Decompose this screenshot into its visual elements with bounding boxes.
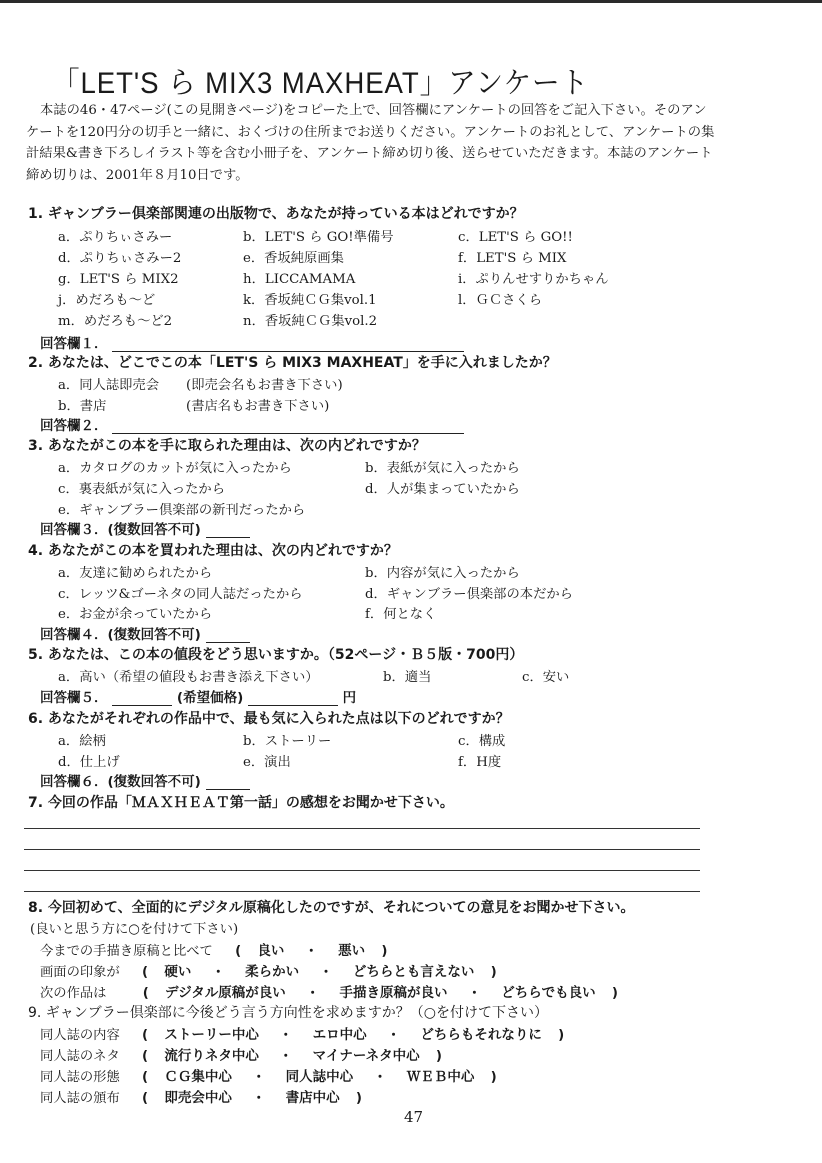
question-8: 8. 今回初めて、全面的にデジタル原稿化したのですが、それについての意見をお聞か… xyxy=(28,897,635,917)
q9-row-4: 同人誌の頒布 ( 即売会中心 ・ 書店中心 ) xyxy=(40,1086,362,1106)
q8-row-1-choice-1[interactable]: 良い xyxy=(257,943,284,959)
answer-1-field[interactable] xyxy=(112,339,464,352)
q5-option-a: a．高い（希望の値段もお書き添え下さい） xyxy=(58,666,319,685)
q1-option-k: k．香坂純ＣＧ集vol.1 xyxy=(243,289,377,308)
q3-option-c: c．裏表紙が気に入ったから xyxy=(58,478,225,497)
page-title: 「LET'S ら MIX3 MAXHEAT」アンケート xyxy=(52,58,589,102)
q6-option-c: c．構成 xyxy=(458,730,505,749)
q9-row-4-choice-2[interactable]: 書店中心 xyxy=(286,1090,340,1106)
q7-answer-line-2[interactable] xyxy=(24,849,700,850)
q8-row-3-choice-1[interactable]: デジタル原稿が良い xyxy=(165,985,286,1001)
question-6: 6. あなたがそれぞれの作品中で、最も気に入られた点は以下のどれですか？ xyxy=(28,708,510,728)
q1-option-j: j．めだろも～ど xyxy=(58,289,155,308)
answer-5-choice-field[interactable] xyxy=(112,693,172,706)
answer-5-price-field[interactable] xyxy=(248,693,338,706)
q3-option-a: a．カタログのカットが気に入ったから xyxy=(58,457,292,476)
q1-option-i: i．ぷりんせすりかちゃん xyxy=(458,268,609,287)
q3-option-b: b．表紙が気に入ったから xyxy=(365,457,520,476)
q1-option-a: a．ぷりちぃさみー xyxy=(58,226,172,245)
q9-row-3: 同人誌の形態 ( ＣＧ集中心 ・ 同人誌中心 ・ ＷＥＢ中心 ) xyxy=(40,1065,497,1085)
q4-option-d: d．ギャンブラー倶楽部の本だから xyxy=(365,583,573,602)
answer-1-label: 回答欄１． xyxy=(40,336,108,352)
q8-row-1-choice-2[interactable]: 悪い xyxy=(338,943,365,959)
q7-answer-line-1[interactable] xyxy=(24,828,700,829)
q2-option-b: b．書店 xyxy=(58,395,106,414)
answer-3-field[interactable] xyxy=(206,525,250,538)
q9-row-1-choice-3[interactable]: どちらもそれなりに xyxy=(420,1027,542,1043)
answer-5: 回答欄５． (希望価格) 円 xyxy=(40,686,356,706)
q8-row-2-choice-3[interactable]: どちらとも言えない xyxy=(353,964,475,980)
answer-6: 回答欄６．(復数回答不可) xyxy=(40,770,250,790)
q6-option-e: e．演出 xyxy=(243,751,291,770)
answer-3-label: 回答欄３．(復数回答不可) xyxy=(40,522,201,538)
q8-row-2: 画面の印象が ( 硬い ・ 柔らかい ・ どちらとも言えない ) xyxy=(40,960,497,980)
q1-option-c: c．LET'S ら GO!! xyxy=(458,226,573,245)
q7-answer-line-3[interactable] xyxy=(24,870,700,871)
q9-row-2-choice-1[interactable]: 流行りネタ中心 xyxy=(164,1048,259,1064)
top-border xyxy=(0,0,822,3)
q4-option-c: c．レッツ&ゴーネタの同人誌だったから xyxy=(58,583,303,602)
answer-2-field[interactable] xyxy=(112,421,464,434)
q9-row-1: 同人誌の内容 ( ストーリー中心 ・ エロ中心 ・ どちらもそれなりに ) xyxy=(40,1023,564,1043)
q8-row-3-choice-2[interactable]: 手描き原稿が良い xyxy=(340,985,448,1001)
q8-row-1-label: 今までの手描き原稿と比べて xyxy=(40,944,213,959)
q5-option-b: b．適当 xyxy=(383,666,431,685)
q6-option-a: a．絵柄 xyxy=(58,730,106,749)
q2-option-a: a．同人誌即売会 xyxy=(58,374,159,393)
q9-row-1-label: 同人誌の内容 xyxy=(40,1028,120,1043)
q7-answer-line-4[interactable] xyxy=(24,891,700,892)
q1-option-g: g．LET'S ら MIX2 xyxy=(58,268,179,287)
q9-row-3-choice-3[interactable]: ＷＥＢ中心 xyxy=(407,1069,475,1085)
question-5: 5. あなたは、この本の値段をどう思いますか。（52ページ・Ｂ５版・700円） xyxy=(28,644,523,664)
q8-row-1: 今までの手描き原稿と比べて ( 良い ・ 悪い ) xyxy=(40,939,387,959)
q9-row-1-choice-1[interactable]: ストーリー中心 xyxy=(164,1027,259,1043)
q8-row-3-choice-3[interactable]: どちらでも良い xyxy=(501,985,595,1001)
question-3: 3. あなたがこの本を手に取られた理由は、次の内どれですか？ xyxy=(28,435,426,455)
q3-option-e: e．ギャンブラー倶楽部の新刊だったから xyxy=(58,499,305,518)
answer-1: 回答欄１． xyxy=(40,332,464,352)
answer-4-field[interactable] xyxy=(206,630,250,643)
q9-row-4-label: 同人誌の頒布 xyxy=(40,1091,120,1106)
q1-option-n: n．香坂純ＣＧ集vol.2 xyxy=(243,310,377,329)
q9-row-1-choice-2[interactable]: エロ中心 xyxy=(313,1027,367,1043)
q1-option-f: f．LET'S ら MIX xyxy=(458,247,566,266)
q1-option-m: m．めだろも～ど2 xyxy=(58,310,172,329)
q1-option-d: d．ぷりちぃさみー2 xyxy=(58,247,181,266)
q4-option-f: f．何となく xyxy=(365,603,436,622)
q9-row-2-choice-2[interactable]: マイナーネタ中心 xyxy=(313,1048,420,1064)
q6-option-b: b．ストーリー xyxy=(243,730,331,749)
q8-row-3-label: 次の作品は xyxy=(40,986,106,1001)
q9-row-2-label: 同人誌のネタ xyxy=(40,1049,120,1064)
q8-row-3: 次の作品は ( デジタル原稿が良い ・ 手描き原稿が良い ・ どちらでも良い ) xyxy=(40,981,618,1001)
q4-option-b: b．内容が気に入ったから xyxy=(365,562,520,581)
answer-5-price-label: (希望価格) xyxy=(177,690,243,706)
question-1: 1. ギャンブラー倶楽部関連の出版物で、あなたが持っている本はどれですか？ xyxy=(28,203,524,223)
intro-text: 本誌の46・47ページ(この見開きページ)をコピーた上で、回答欄にアンケートの回… xyxy=(26,100,716,186)
q6-option-d: d．仕上げ xyxy=(58,751,120,770)
q9-row-3-choice-2[interactable]: 同人誌中心 xyxy=(286,1069,354,1085)
q1-option-b: b．LET'S ら GO!準備号 xyxy=(243,226,394,245)
answer-6-label: 回答欄６．(復数回答不可) xyxy=(40,774,201,790)
q8-note: (良いと思う方に○を付けて下さい) xyxy=(30,918,238,937)
answer-6-field[interactable] xyxy=(206,777,250,790)
question-2: 2. あなたは、どこでこの本「LET'S ら MIX3 MAXHEAT」を手に入… xyxy=(28,352,557,372)
q8-row-2-label: 画面の印象が xyxy=(40,965,120,980)
answer-4-label: 回答欄４．(復数回答不可) xyxy=(40,627,201,643)
q1-option-l: l．ＧＣさくら xyxy=(458,289,542,308)
q5-option-c: c．安い xyxy=(522,666,569,685)
q1-option-e: e．香坂純原画集 xyxy=(243,247,344,266)
question-7: 7. 今回の作品「ＭＡＸＨＥＡＴ第一話」の感想をお聞かせ下さい。 xyxy=(28,792,454,812)
q8-row-2-choice-2[interactable]: 柔らかい xyxy=(245,964,299,980)
q9-row-3-label: 同人誌の形態 xyxy=(40,1070,120,1085)
question-9: 9. ギャンブラー倶楽部に今後どう言う方向性を求めますか？（○を付けて下さい） xyxy=(28,1002,548,1022)
q8-row-2-choice-1[interactable]: 硬い xyxy=(164,964,191,980)
page-number: 47 xyxy=(404,1108,423,1126)
answer-4: 回答欄４．(復数回答不可) xyxy=(40,623,250,643)
q6-option-f: f．H度 xyxy=(458,751,501,770)
q2-option-b-note: (書店名もお書き下さい) xyxy=(186,395,329,414)
q9-row-4-choice-1[interactable]: 即売会中心 xyxy=(164,1090,232,1106)
q2-option-a-note: (即売会名もお書き下さい) xyxy=(186,374,343,393)
answer-5-unit: 円 xyxy=(343,690,357,706)
q9-row-3-choice-1[interactable]: ＣＧ集中心 xyxy=(164,1069,232,1085)
q9-row-2: 同人誌のネタ ( 流行りネタ中心 ・ マイナーネタ中心 ) xyxy=(40,1044,442,1064)
q4-option-e: e．お金が余っていたから xyxy=(58,603,212,622)
answer-2-label: 回答欄２． xyxy=(40,418,108,434)
intro-paragraph: 本誌の46・47ページ(この見開きページ)をコピーた上で、回答欄にアンケートの回… xyxy=(26,100,716,186)
q1-option-h: h．LICCAMAMA xyxy=(243,268,355,287)
answer-3: 回答欄３．(復数回答不可) xyxy=(40,518,250,538)
answer-5-label: 回答欄５． xyxy=(40,690,108,706)
q3-option-d: d．人が集まっていたから xyxy=(365,478,520,497)
question-4: 4. あなたがこの本を買われた理由は、次の内どれですか？ xyxy=(28,540,398,560)
answer-2: 回答欄２． xyxy=(40,414,464,434)
q4-option-a: a．友達に勧められたから xyxy=(58,562,212,581)
